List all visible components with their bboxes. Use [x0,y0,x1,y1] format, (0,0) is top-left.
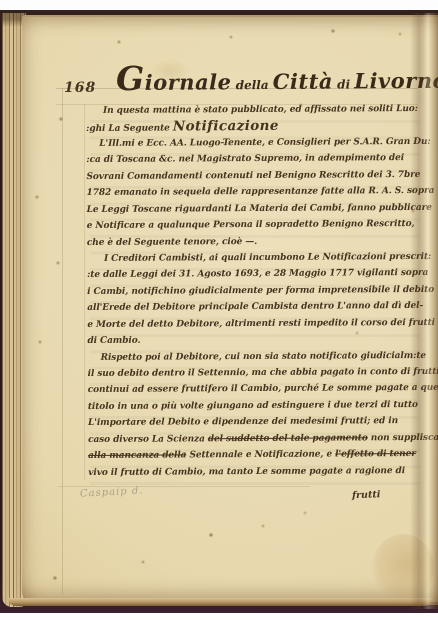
title-part: della [231,63,273,107]
line-text: In questa mattina è stato pubblicato, ed… [103,104,418,116]
manuscript-line: Sovrani Comandamenti contenuti nel Benig… [86,167,430,186]
line-text: continui ad essere fruttifero il Cambio,… [88,383,438,395]
struck-text: del suddetto del tale pagamento [208,433,368,444]
manuscript-line: i Cambi, notifichino giudicialmente per … [87,282,431,301]
manuscript-line: L'Ill.mi e Ecc. AA. Luogo-Tenente, e Con… [86,134,430,153]
manuscript-line: 1782 emanato in sequela delle rappresent… [87,183,431,202]
manuscript-line: all'Erede del Debitore principale Cambis… [87,298,431,317]
title-part: di [333,62,355,106]
struck-text: alla mancanza della [88,451,186,462]
foxing-stains [0,0,2,2]
line-text: e Notificare a qualunque Persona il sopr… [87,219,415,231]
line-text: e Morte del detto Debitore, altrimenti r… [87,318,435,330]
line-text: Settennale e Notificazione, e [186,450,335,461]
manuscript-line: e Morte del detto Debitore, altrimenti r… [87,315,431,334]
line-text: i Cambi, notifichino giudicialmente per … [87,285,434,297]
struck-text: l'effetto di tener [335,449,416,459]
gutter-shadow [410,13,438,609]
line-text: 1782 emanato in sequela delle rappresent… [87,186,435,198]
manuscript-line: L'importare del Debito e dipendenze dei … [88,413,432,432]
line-text: L'importare del Debito e dipendenze dei … [88,416,398,428]
page-number: 168 [64,80,96,96]
book-photo: 168 Giornale della Città di Livorno In q… [0,0,438,620]
line-text: di Cambio. [87,336,140,346]
manuscript-line: I Creditori Cambisti, ai quali incumbono… [87,249,431,268]
emphasized-word: Notificazione [173,118,279,135]
manuscript-line: e Notificare a qualunque Persona il sopr… [87,216,431,235]
manuscript-line: continui ad essere fruttifero il Cambio,… [88,380,432,399]
page-bottom-edge [8,598,432,606]
manuscript-line: di Cambio. [87,331,431,350]
manuscript-text: In questa mattina è stato pubblicato, ed… [86,101,432,481]
line-text: Sovrani Comandamenti contenuti nel Benig… [86,170,420,182]
manuscript-line: alla mancanza della Settennale e Notific… [88,446,432,465]
manuscript-line: Le Leggi Toscane riguardanti La Materia … [87,200,431,219]
stain-blotch-top [150,58,190,84]
line-text: Rispetto poi al Debitore, cui non sia st… [101,350,427,362]
line-text: vivo il frutto di Cambio, ma tanto Le so… [88,466,405,478]
line-text: L'Ill.mi e Ecc. AA. Luogo-Tenente, e Con… [99,137,430,149]
line-text: all'Erede del Debitore principale Cambis… [87,301,423,313]
margin-rule-vertical-inner [84,104,85,480]
line-text: Le Leggi Toscane riguardanti La Materia … [87,203,432,215]
line-text: titolo in una o più volte giungano ad es… [88,400,418,412]
manuscript-line: :ghi La Seguente Notificazione [86,117,430,136]
margin-rule-vertical [62,88,63,594]
manuscript-line: che è del Seguente tenore, cioè —. [87,232,431,251]
line-text: :ghi La Seguente [86,124,173,135]
line-text: :te dalle Leggi dei 31. Agosto 1693, e 2… [87,268,428,280]
manuscript-line: :ca di Toscana &c. nel Magistrato Suprem… [86,150,430,169]
line-text: che è del Seguente tenore, cioè —. [87,236,257,247]
title-part: Città [273,60,334,104]
manuscript-line: :te dalle Leggi dei 31. Agosto 1693, e 2… [87,265,431,284]
manuscript-line: In questa mattina è stato pubblicato, ed… [86,101,430,120]
line-text: il suo debito dentro il Settennio, ma ch… [88,367,438,379]
line-text: :ca di Toscana &c. nel Magistrato Suprem… [86,153,404,165]
manuscript-line: vivo il frutto di Cambio, ma tanto Le so… [88,463,432,482]
line-text: I Creditori Cambisti, ai quali incumbono… [104,252,431,264]
line-text: caso diverso La Scienza [88,434,208,445]
